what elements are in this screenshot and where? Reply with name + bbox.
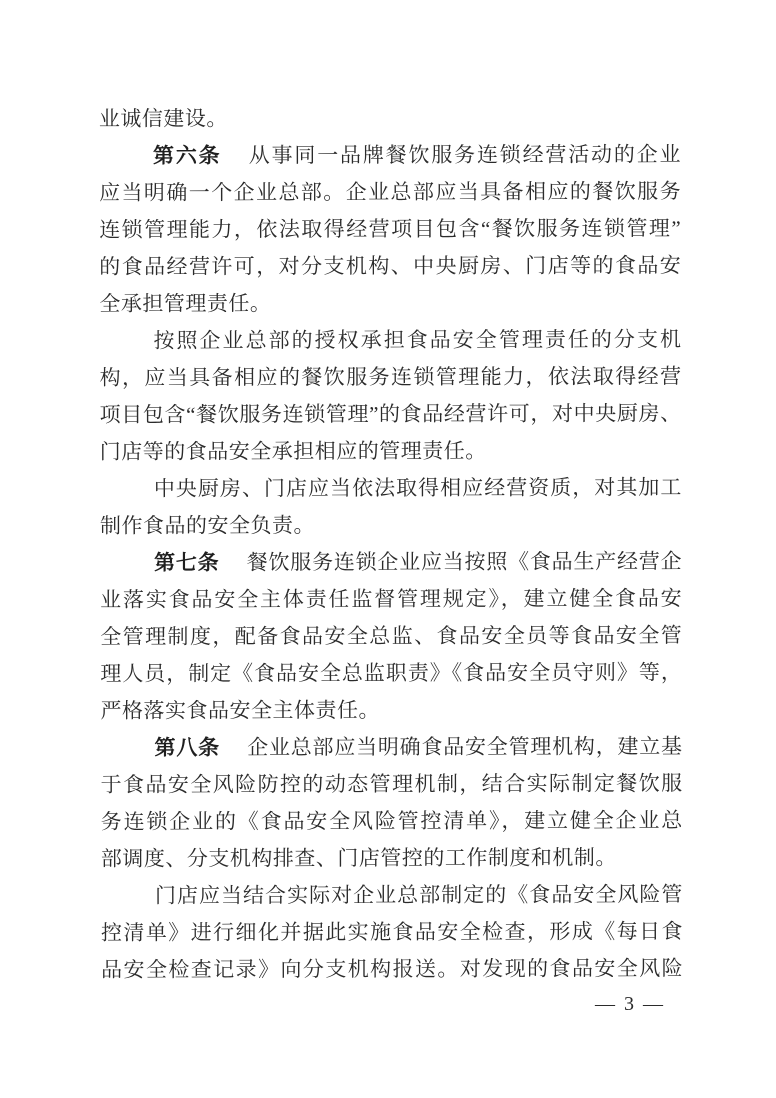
- text-line: 业落实食品安全主体责任监督管理规定》，建立健全食品安: [100, 580, 682, 619]
- text-line: 构，应当具备相应的餐饮服务连锁管理能力，依法取得经营: [100, 358, 682, 397]
- text-line: 全承担管理责任。: [99, 284, 681, 323]
- line-text: 中央厨房、门店应当依法取得相应经营资质，对其加工: [154, 475, 682, 500]
- text-line: 门店应当结合实际对企业总部制定的《食品安全风险管: [101, 876, 683, 915]
- line-text: 理人员，制定《食品安全总监职责》《食品安全员守则》等，: [100, 660, 682, 686]
- line-text: 门店应当结合实际对企业总部制定的《食品安全风险管: [155, 882, 683, 907]
- text-line: 务连锁企业的《食品安全风险管控清单》，建立健全企业总: [101, 802, 683, 841]
- text-line: 部调度、分支机构排查、门店管控的工作制度和机制。: [101, 839, 683, 878]
- line-text: 于食品安全风险防控的动态管理机制，结合实际制定餐饮服: [101, 771, 683, 797]
- text-line: 于食品安全风险防控的动态管理机制，结合实际制定餐饮服: [101, 765, 683, 804]
- line-text: 从事同一品牌餐饮服务连锁经营活动的企业: [249, 142, 681, 167]
- line-text: 业落实食品安全主体责任监督管理规定》，建立健全食品安: [100, 586, 682, 612]
- line-text: 部调度、分支机构排查、门店管控的工作制度和机制。: [101, 845, 617, 870]
- page-number: — 3 —: [595, 993, 665, 1016]
- line-text: 门店等的食品安全承担相应的管理责任。: [100, 439, 487, 464]
- text-line: 按照企业总部的授权承担食品安全管理责任的分支机: [99, 321, 681, 360]
- text-line: 中央厨房、门店应当依法取得相应经营资质，对其加工: [100, 469, 682, 508]
- text-line: 连锁管理能力，依法取得经营项目包含“餐饮服务连锁管理”: [99, 210, 681, 249]
- line-text: 餐饮服务连锁企业应当按照《食品生产经营企: [247, 549, 682, 574]
- text-line: 项目包含“餐饮服务连锁管理”的食品经营许可，对中央厨房、: [100, 395, 682, 434]
- document-body: 业诚信建设。 第六条从事同一品牌餐饮服务连锁经营活动的企业 应当明确一个企业总部…: [99, 99, 683, 989]
- line-text: 项目包含“餐饮服务连锁管理”的食品经营许可，对中央厨房、: [100, 401, 682, 427]
- text-line: 控清单》进行细化并据此实施食品安全检查，形成《每日食: [101, 913, 683, 952]
- line-text: 业诚信建设。: [99, 106, 228, 130]
- text-line: 理人员，制定《食品安全总监职责》《食品安全员守则》等，: [100, 654, 682, 693]
- line-text: 品安全检查记录》向分支机构报送。对发现的食品安全风险: [101, 956, 683, 982]
- article-number: 第六条: [153, 143, 222, 167]
- line-text: 全管理制度，配备食品安全总监、食品安全员等食品安全管: [100, 623, 682, 649]
- text-line: 第八条企业总部应当明确食品安全管理机构，建立基: [100, 728, 682, 767]
- line-text: 严格落实食品安全主体责任。: [100, 698, 380, 723]
- line-text: 全承担管理责任。: [99, 291, 271, 315]
- text-line: 业诚信建设。: [99, 99, 681, 138]
- text-line: 应当明确一个企业总部。企业总部应当具备相应的餐饮服务: [99, 173, 681, 212]
- article-number: 第七条: [154, 550, 219, 574]
- text-line: 严格落实食品安全主体责任。: [100, 691, 682, 730]
- text-line: 品安全检查记录》向分支机构报送。对发现的食品安全风险: [101, 950, 683, 989]
- line-text: 企业总部应当明确食品安全管理机构，建立基: [247, 734, 682, 759]
- text-line: 的食品经营许可，对分支机构、中央厨房、门店等的食品安: [99, 247, 681, 286]
- text-line: 第七条餐饮服务连锁企业应当按照《食品生产经营企: [100, 543, 682, 582]
- line-text: 连锁管理能力，依法取得经营项目包含“餐饮服务连锁管理”: [99, 216, 681, 242]
- text-line: 制作食品的安全负责。: [100, 506, 682, 545]
- document-page: 业诚信建设。 第六条从事同一品牌餐饮服务连锁经营活动的企业 应当明确一个企业总部…: [0, 0, 776, 1098]
- line-text: 的食品经营许可，对分支机构、中央厨房、门店等的食品安: [99, 253, 681, 279]
- line-text: 务连锁企业的《食品安全风险管控清单》，建立健全企业总: [101, 808, 683, 834]
- text-line: 全管理制度，配备食品安全总监、食品安全员等食品安全管: [100, 617, 682, 656]
- line-text: 控清单》进行细化并据此实施食品安全检查，形成《每日食: [101, 919, 683, 945]
- text-line: 门店等的食品安全承担相应的管理责任。: [100, 432, 682, 471]
- article-number: 第八条: [155, 735, 220, 759]
- line-text: 应当明确一个企业总部。企业总部应当具备相应的餐饮服务: [99, 179, 681, 205]
- line-text: 制作食品的安全负责。: [100, 513, 315, 538]
- line-text: 构，应当具备相应的餐饮服务连锁管理能力，依法取得经营: [100, 364, 682, 390]
- line-text: 按照企业总部的授权承担食品安全管理责任的分支机: [153, 327, 681, 352]
- text-line: 第六条从事同一品牌餐饮服务连锁经营活动的企业: [99, 136, 681, 175]
